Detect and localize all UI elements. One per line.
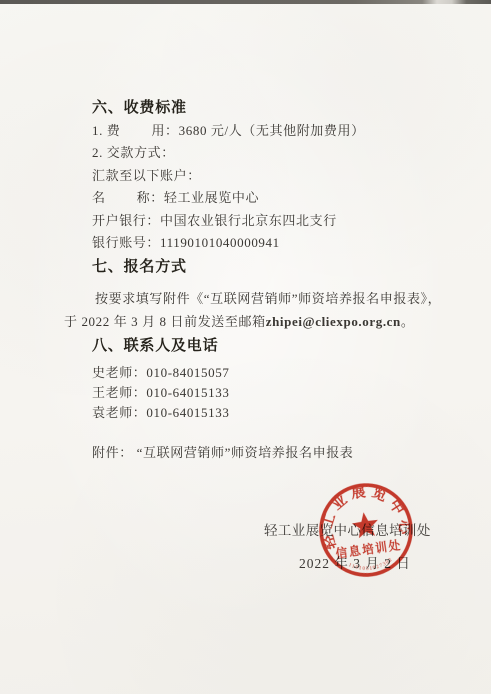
fee-amount-line: 1. 费 用：3680 元/人（无其他附加费用） bbox=[92, 120, 365, 139]
official-seal-stamp: 轻工业展览中心 信息培训处 1101051927302 bbox=[311, 475, 422, 586]
registration-instruction-line1: 按要求填写附件《“互联网营销师”师资培养报名申报表》， bbox=[95, 288, 441, 307]
section-heading-fee-standard: 六、收费标准 bbox=[92, 96, 187, 117]
bank-name-line: 开户银行：中国农业银行北京东四北支行 bbox=[92, 210, 337, 229]
registration-instruction-line2: 于 2022 年 3 月 8 日前发送至邮箱zhipei@cliexpo.org… bbox=[64, 311, 415, 330]
deadline-text: 于 2022 年 3 月 8 日前发送至邮箱 bbox=[64, 314, 266, 329]
section-heading-registration: 七、报名方式 bbox=[92, 255, 187, 276]
payment-method-line: 2. 交款方式： bbox=[92, 142, 175, 161]
email-address: zhipei@cliexpo.org.cn bbox=[266, 314, 401, 329]
section-heading-contacts: 八、联系人及电话 bbox=[92, 334, 218, 355]
scan-artifact-top-edge bbox=[0, 0, 491, 4]
contact-line-shi: 史老师：010-84015057 bbox=[92, 362, 229, 381]
scanned-notice-page: 六、收费标准 1. 费 用：3680 元/人（无其他附加费用） 2. 交款方式：… bbox=[0, 0, 491, 694]
contact-line-wang: 王老师：010-64015133 bbox=[92, 382, 229, 401]
attachment-line: 附件： “互联网营销师”师资培养报名申报表 bbox=[92, 442, 353, 461]
period-mark: 。 bbox=[401, 314, 415, 329]
seal-banner-text: 信息培训处 bbox=[335, 538, 403, 561]
bank-account-number-line: 银行账号：11190101040000941 bbox=[92, 232, 280, 251]
seal-graphic: 轻工业展览中心 信息培训处 1101051927302 bbox=[311, 475, 422, 586]
remit-account-line: 汇款至以下账户： bbox=[92, 165, 201, 184]
account-name-line: 名 称：轻工业展览中心 bbox=[92, 187, 259, 206]
contact-line-yuan: 袁老师：010-64015133 bbox=[92, 402, 229, 421]
seal-star-icon bbox=[351, 510, 380, 538]
